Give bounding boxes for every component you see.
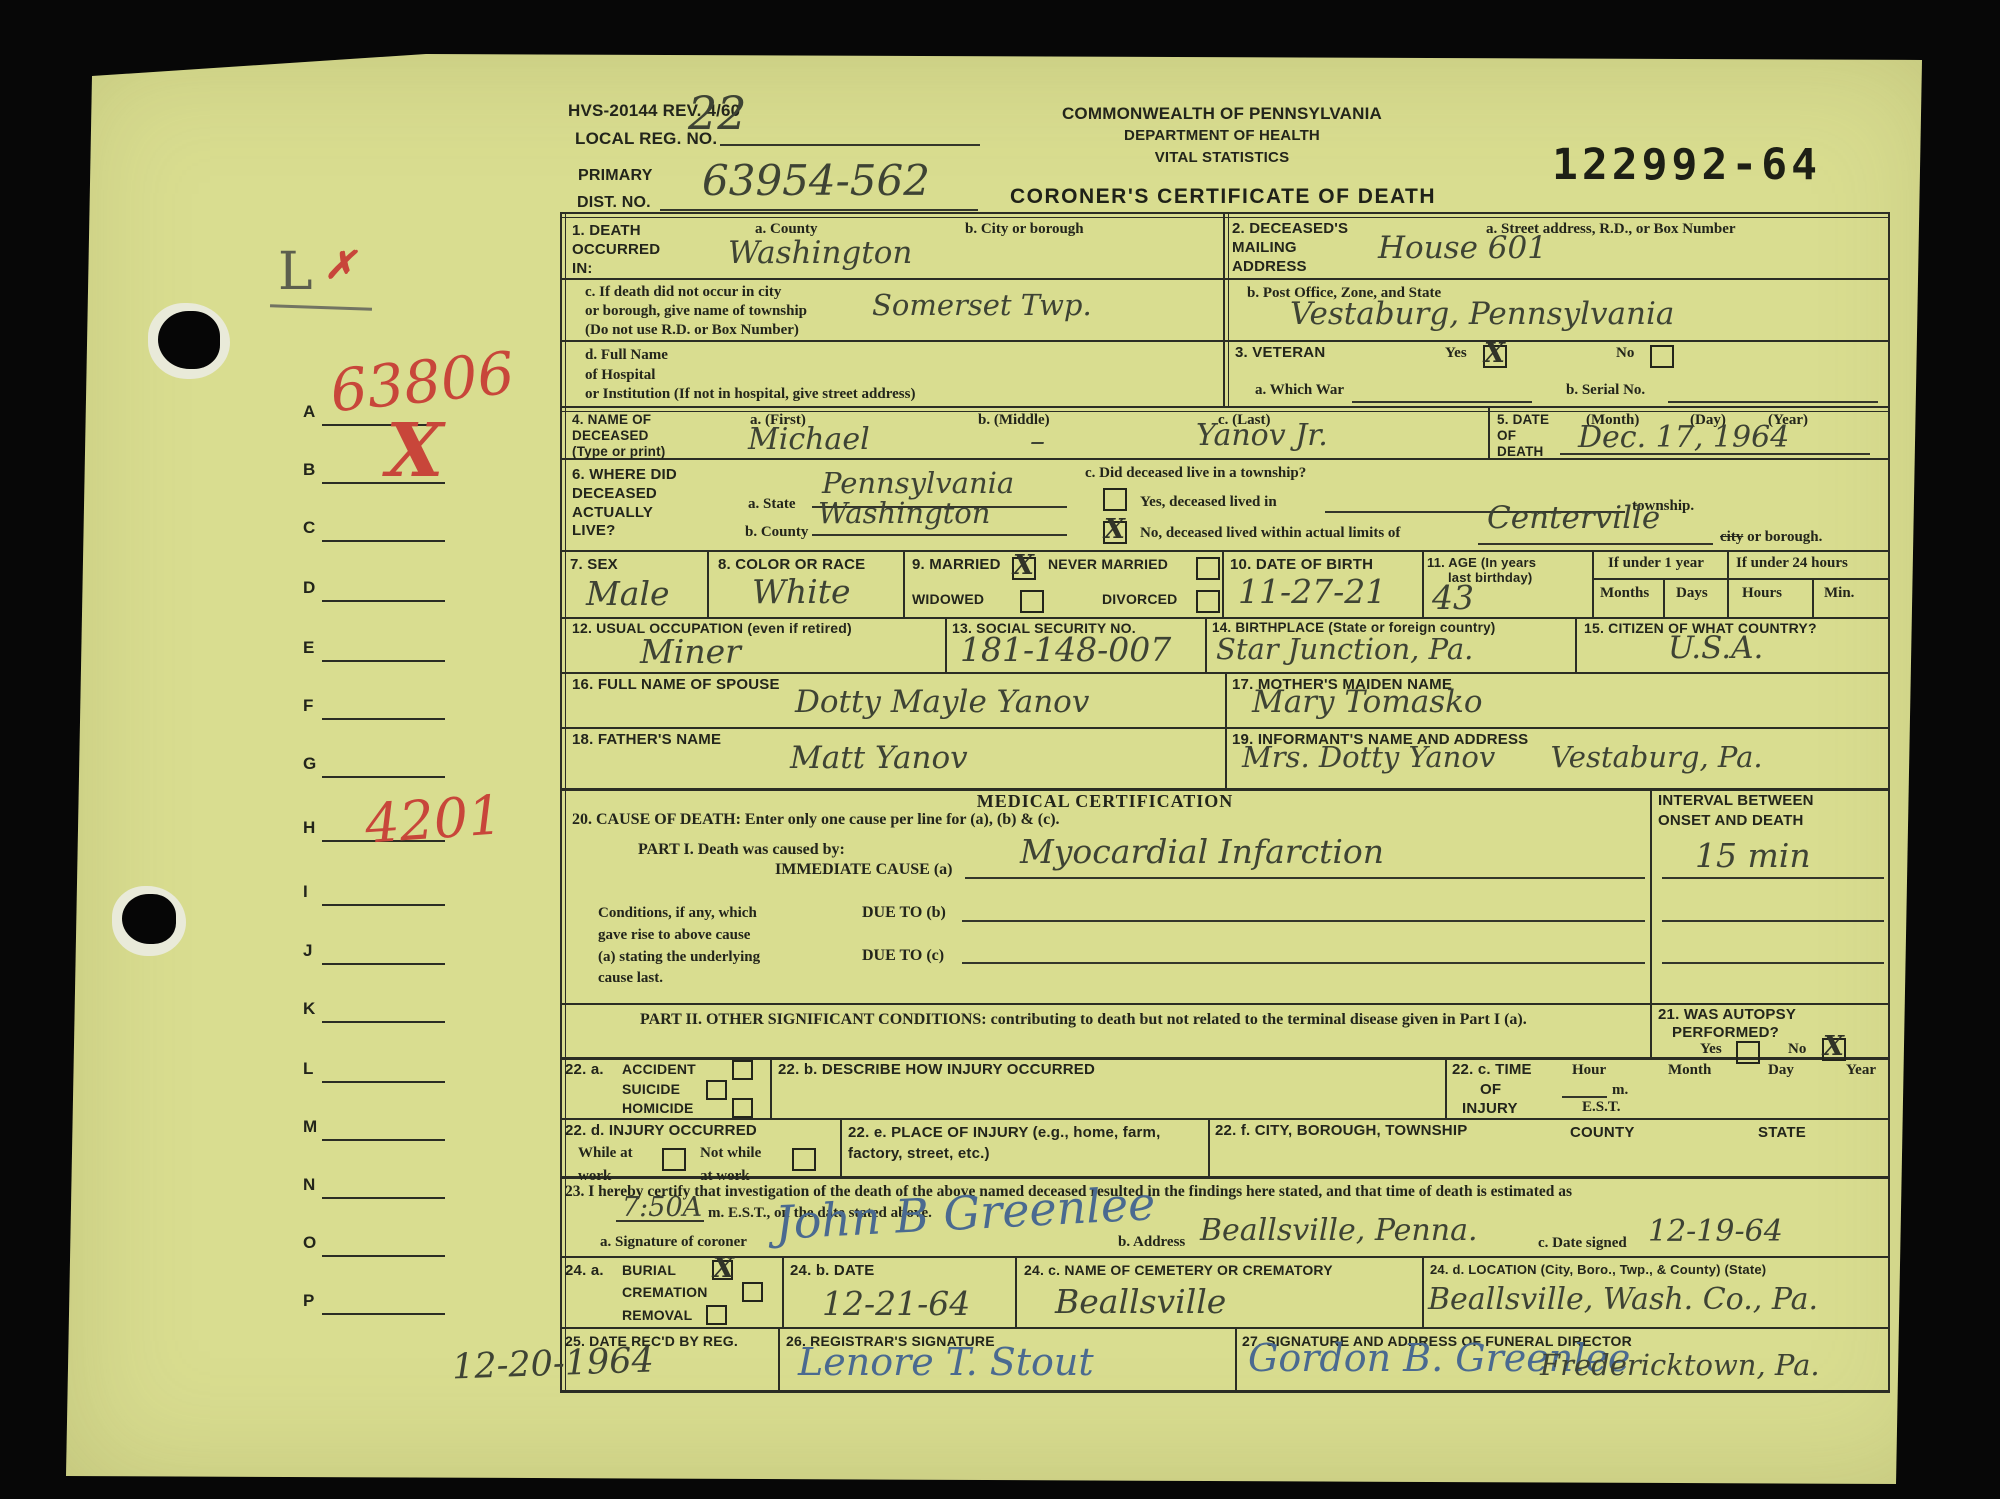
margin-rule (322, 1313, 445, 1315)
widowed-checkbox (1020, 590, 1044, 613)
grid-line (1223, 212, 1225, 408)
grid-line (1727, 550, 1729, 617)
pencil-mark: L (278, 242, 313, 302)
margin-letter: P (303, 1291, 314, 1311)
field24a-num: 24. a. (565, 1262, 604, 1281)
funeral-director-address: Fredericktown, Pa. (1540, 1348, 1820, 1382)
middle-name-value: – (1030, 424, 1045, 459)
write-line (1662, 877, 1884, 879)
township-yes-checkbox (1103, 488, 1127, 511)
autopsy-label-1: 21. WAS AUTOPSY (1658, 1006, 1796, 1025)
state-value: Pennsylvania (822, 466, 1014, 500)
grid-line (1445, 1057, 1447, 1118)
county-value: Washington (818, 496, 990, 530)
burial-date-value: 12-21-64 (822, 1284, 970, 1323)
widowed-label: WIDOWED (912, 591, 984, 609)
age-value: 43 (1432, 578, 1474, 617)
margin-letter: E (303, 638, 314, 658)
grid-line (560, 212, 1890, 214)
field22c-injury: INJURY (1462, 1100, 1518, 1119)
field24b-label: 24. b. DATE (790, 1262, 874, 1281)
margin-letter: B (303, 460, 315, 480)
write-line (965, 877, 1645, 879)
occupation-value: Miner (640, 632, 741, 671)
sex-label: 7. SEX (570, 556, 618, 575)
dist-no-value: 63954-562 (702, 156, 930, 205)
never-married-checkbox (1196, 557, 1220, 580)
x-mark: X (1013, 550, 1034, 581)
field22a-num: 22. a. (565, 1061, 604, 1080)
scanned-death-certificate: L ✗ A B C D E F G H I J K L M N O P 6380… (0, 0, 2000, 1499)
interval-value: 15 min (1695, 836, 1811, 875)
grid-line (1575, 617, 1577, 672)
cause-of-death-label: 20. CAUSE OF DEATH: Enter only one cause… (572, 810, 1060, 831)
due-to-b-label: DUE TO (b) (862, 903, 946, 924)
father-value: Matt Yanov (790, 740, 968, 776)
margin-letter: H (303, 818, 315, 838)
grid-line (1888, 212, 1890, 1392)
married-label: 9. MARRIED (912, 556, 1001, 575)
margin-letter: O (303, 1233, 316, 1253)
or-borough-word: or borough. (1743, 529, 1822, 545)
grid-line (560, 1390, 1890, 1393)
suicide-checkbox (706, 1080, 727, 1100)
grid-line (1812, 578, 1814, 617)
date-of-death-value: Dec. 17, 1964 (1578, 420, 1789, 455)
immediate-cause-value: Myocardial Infarction (1020, 832, 1384, 871)
field1c-label: c. If death did not occur in city or bor… (585, 283, 807, 339)
margin-letter: J (303, 941, 312, 961)
borough-value: Centerville (1487, 500, 1660, 536)
interval-label-2: ONSET AND DEATH (1658, 812, 1804, 831)
immediate-cause-label: IMMEDIATE CAUSE (a) (775, 860, 952, 881)
grid-line (945, 617, 947, 672)
grid-line (1222, 550, 1224, 617)
hours-label: Hours (1742, 584, 1782, 604)
x-mark: X (1104, 514, 1125, 545)
margin-rule (322, 540, 445, 542)
serial-no-label: b. Serial No. (1566, 381, 1645, 401)
field5-label: 5. DATE OF DEATH (1497, 412, 1549, 461)
under-24-hours-label: If under 24 hours (1736, 554, 1848, 574)
write-line (660, 209, 978, 211)
township-yes-text: Yes, deceased lived in (1140, 493, 1277, 513)
write-line (1478, 543, 1713, 545)
struck-city-word: city (1720, 529, 1743, 545)
grid-line (782, 1256, 784, 1327)
write-line (616, 1220, 704, 1222)
field3-label: 3. VETERAN (1235, 344, 1325, 363)
field1a-value: Washington (728, 235, 912, 271)
grid-line (770, 1057, 772, 1118)
injury-year-label: Year (1846, 1061, 1876, 1081)
field1b-label: b. City or borough (965, 220, 1084, 240)
cremation-checkbox (742, 1282, 763, 1302)
margin-letter: F (303, 696, 313, 716)
mother-value: Mary Tomasko (1252, 684, 1483, 720)
grid-line (560, 1327, 1890, 1329)
field24d-label: 24. d. LOCATION (City, Boro., Twp., & Co… (1430, 1262, 1766, 1278)
grid-line (707, 550, 709, 617)
write-line (1352, 401, 1532, 403)
x-mark: X (713, 1253, 734, 1284)
margin-rule (322, 1139, 445, 1141)
never-married-label: NEVER MARRIED (1048, 556, 1168, 574)
sex-value: Male (586, 574, 670, 613)
grid-line (560, 458, 1890, 460)
certify-text: 23. I hereby certify that investigation … (565, 1182, 1885, 1202)
punch-hole (158, 311, 220, 369)
field2b-value: Vestaburg, Pennsylvania (1290, 296, 1674, 332)
township-no-checkbox: X (1103, 521, 1127, 544)
age-label: 11. AGE (In years (1427, 555, 1536, 571)
field2a-value: House 601 (1378, 230, 1547, 266)
margin-letter: L (303, 1059, 313, 1079)
grid-line (903, 550, 905, 617)
days-label: Days (1676, 584, 1708, 604)
margin-letter: N (303, 1175, 315, 1195)
homicide-checkbox (732, 1098, 753, 1118)
removal-label: REMOVAL (622, 1307, 692, 1325)
write-line (812, 534, 1067, 536)
write-line (1662, 962, 1884, 964)
coroner-signature-label: a. Signature of coroner (600, 1233, 747, 1253)
field2-label: 2. DECEASED'S MAILING ADDRESS (1232, 220, 1348, 276)
field24c-label: 24. c. NAME OF CEMETERY OR CREMATORY (1024, 1262, 1333, 1280)
field22f-label: 22. f. CITY, BOROUGH, TOWNSHIP (1215, 1122, 1467, 1141)
citizen-value: U.S.A. (1668, 630, 1763, 666)
red-file-number-2: 4201 (363, 783, 504, 855)
dob-value: 11-27-21 (1238, 572, 1386, 611)
margin-rule (322, 1255, 445, 1257)
grid-line (1488, 408, 1490, 458)
certificate-serial-stamp: 122992-64 (1552, 140, 1821, 190)
township-no-text: No, deceased lived within actual limits … (1140, 524, 1400, 544)
county-label: b. County (745, 523, 808, 543)
grid-line (560, 550, 1890, 552)
grid-line (560, 406, 1890, 408)
city-or-borough-suffix: city or borough. (1720, 528, 1822, 548)
grid-line (1422, 550, 1424, 617)
grid-line (778, 1327, 780, 1390)
autopsy-no-checkbox: X (1822, 1038, 1846, 1061)
write-line (962, 920, 1645, 922)
veteran-yes-label: Yes (1445, 344, 1467, 364)
red-check-mark: ✗ (324, 242, 356, 287)
registrar-signature: Lenore T. Stout (798, 1340, 1094, 1384)
vital-statistics-heading: VITAL STATISTICS (1002, 149, 1442, 168)
department-heading: DEPARTMENT OF HEALTH (1002, 127, 1442, 146)
months-label: Months (1600, 584, 1649, 604)
injury-month-label: Month (1668, 1061, 1711, 1081)
married-checkbox: X (1012, 557, 1036, 580)
margin-rule (322, 660, 445, 662)
margin-rule (322, 904, 445, 906)
write-line (720, 144, 980, 146)
grid-line (1208, 1118, 1210, 1176)
accident-label: ACCIDENT (622, 1061, 696, 1079)
field1-label: 1. DEATH OCCURRED IN: (572, 222, 660, 278)
field22b-label: 22. b. DESCRIBE HOW INJURY OCCURRED (778, 1061, 1095, 1080)
informant-value: Mrs. Dotty Yanov Vestaburg, Pa. (1242, 740, 1763, 774)
grid-line (1650, 788, 1652, 1057)
field6c-label: c. Did deceased live in a township? (1085, 464, 1306, 484)
ssn-value: 181-148-007 (960, 630, 1171, 669)
field1c-value: Somerset Twp. (872, 288, 1092, 322)
grid-line (560, 278, 1890, 280)
field22d-label: 22. d. INJURY OCCURRED (565, 1122, 757, 1141)
margin-letter: I (303, 882, 308, 902)
punch-hole (122, 894, 176, 944)
grid-line (560, 340, 1890, 342)
veteran-no-checkbox (1650, 345, 1674, 368)
autopsy-yes-checkbox (1736, 1041, 1760, 1064)
certificate-title: CORONER'S CERTIFICATE OF DEATH (1010, 185, 1436, 209)
county-col-label: COUNTY (1570, 1124, 1635, 1143)
field22c-of: OF (1480, 1081, 1501, 1100)
local-reg-value: 22 (688, 86, 747, 140)
margin-letter: K (303, 999, 315, 1019)
homicide-label: HOMICIDE (622, 1100, 694, 1118)
min-label: Min. (1824, 584, 1854, 604)
removal-checkbox (706, 1305, 727, 1325)
margin-letter: D (303, 578, 315, 598)
burial-label: BURIAL (622, 1262, 676, 1280)
date-received-value: 12-20-1964 (451, 1340, 654, 1387)
grid-line (560, 1003, 1890, 1005)
cemetery-value: Beallsville (1055, 1282, 1226, 1321)
write-line (1560, 453, 1870, 455)
state-label: a. State (748, 495, 796, 515)
margin-rule (322, 718, 445, 720)
part1-label: PART I. Death was caused by: (638, 840, 845, 861)
grid-line (1015, 1256, 1017, 1327)
date-signed-label: c. Date signed (1538, 1234, 1627, 1254)
coroner-address-label: b. Address (1118, 1233, 1185, 1253)
veteran-yes-checkbox: X (1483, 345, 1507, 368)
time-of-death-value: 7:50A (622, 1192, 702, 1223)
injury-day-label: Day (1768, 1061, 1794, 1081)
grid-line (560, 1057, 1890, 1060)
est-label: E.S.T. (1582, 1098, 1621, 1118)
field22e-label: 22. e. PLACE OF INJURY (e.g., home, farm… (848, 1122, 1160, 1164)
while-at-work-checkbox (662, 1148, 686, 1171)
grid-line (1592, 578, 1890, 580)
red-x-mark: X (386, 408, 443, 494)
suicide-label: SUICIDE (622, 1081, 680, 1099)
interval-label-1: INTERVAL BETWEEN (1658, 792, 1814, 811)
grid-line (840, 1118, 842, 1176)
burial-checkbox: X (712, 1260, 733, 1280)
divorced-checkbox (1196, 590, 1220, 613)
state-col-label: STATE (1758, 1124, 1806, 1143)
under-1-year-label: If under 1 year (1608, 554, 1704, 574)
grid-line (1225, 672, 1227, 788)
conditions-note: Conditions, if any, which gave rise to a… (598, 903, 760, 990)
commonwealth-heading: COMMONWEALTH OF PENNSYLVANIA (1002, 103, 1442, 124)
not-while-at-work-checkbox (792, 1148, 816, 1171)
write-line (1662, 920, 1884, 922)
margin-rule (322, 963, 445, 965)
hour-label: Hour (1572, 1061, 1606, 1081)
field22c-label: 22. c. TIME (1452, 1061, 1532, 1080)
date-signed-value: 12-19-64 (1648, 1214, 1783, 1249)
field1d-label: d. Full Name of Hospital or Institution … (585, 346, 915, 405)
divorced-label: DIVORCED (1102, 591, 1178, 609)
margin-rule (322, 1021, 445, 1023)
x-mark: X (1823, 1031, 1844, 1062)
write-line (1668, 401, 1878, 403)
coroner-address-value: Beallsville, Penna. (1200, 1213, 1478, 1248)
margin-rule (322, 1197, 445, 1199)
part2-label: PART II. OTHER SIGNIFICANT CONDITIONS: c… (640, 1010, 1640, 1031)
due-to-c-label: DUE TO (c) (862, 946, 944, 967)
autopsy-label-2: PERFORMED? (1672, 1024, 1779, 1043)
cremation-label: CREMATION (622, 1284, 708, 1302)
autopsy-yes-label: Yes (1700, 1040, 1722, 1060)
race-value: White (752, 572, 851, 611)
which-war-label: a. Which War (1255, 381, 1344, 401)
grid-line (1663, 578, 1665, 617)
grid-line (560, 212, 562, 1392)
grid-line (1422, 1256, 1424, 1327)
margin-rule (322, 1081, 445, 1083)
cemetery-location-value: Beallsville, Wash. Co., Pa. (1428, 1282, 1818, 1317)
margin-letter: C (303, 518, 315, 538)
autopsy-no-label: No (1788, 1040, 1806, 1060)
father-label: 18. FATHER'S NAME (572, 731, 721, 750)
birthplace-value: Star Junction, Pa. (1216, 632, 1473, 666)
veteran-no-label: No (1616, 344, 1634, 364)
while-at-work-label: While at work (578, 1142, 633, 1187)
margin-rule (322, 600, 445, 602)
grid-line (560, 617, 1890, 619)
field4-label: 4. NAME OF DECEASED (Type or print) (572, 412, 666, 461)
grid-line (565, 212, 566, 1392)
primary-label: PRIMARY (578, 166, 653, 186)
margin-letter: G (303, 754, 316, 774)
grid-line (560, 1118, 1890, 1120)
margin-rule (322, 776, 445, 778)
spouse-label: 16. FULL NAME OF SPOUSE (572, 676, 780, 695)
spouse-value: Dotty Mayle Yanov (795, 684, 1089, 720)
margin-letter: M (303, 1117, 317, 1137)
grid-line (560, 217, 1890, 218)
write-line (962, 962, 1645, 964)
grid-line (1205, 617, 1207, 672)
grid-line (560, 1256, 1890, 1258)
dist-no-label: DIST. NO. (577, 193, 651, 213)
accident-checkbox (732, 1060, 753, 1080)
field6-label: 6. WHERE DID DECEASED ACTUALLY LIVE? (572, 466, 677, 541)
grid-line (1235, 1327, 1237, 1390)
not-while-at-work-label: Not while at work (700, 1142, 761, 1187)
grid-line (1228, 212, 1229, 408)
margin-letter: A (303, 402, 315, 422)
last-name-value: Yanov Jr. (1196, 418, 1328, 453)
x-mark: X (1484, 338, 1505, 369)
first-name-value: Michael (748, 422, 870, 457)
grid-line (1592, 550, 1594, 617)
